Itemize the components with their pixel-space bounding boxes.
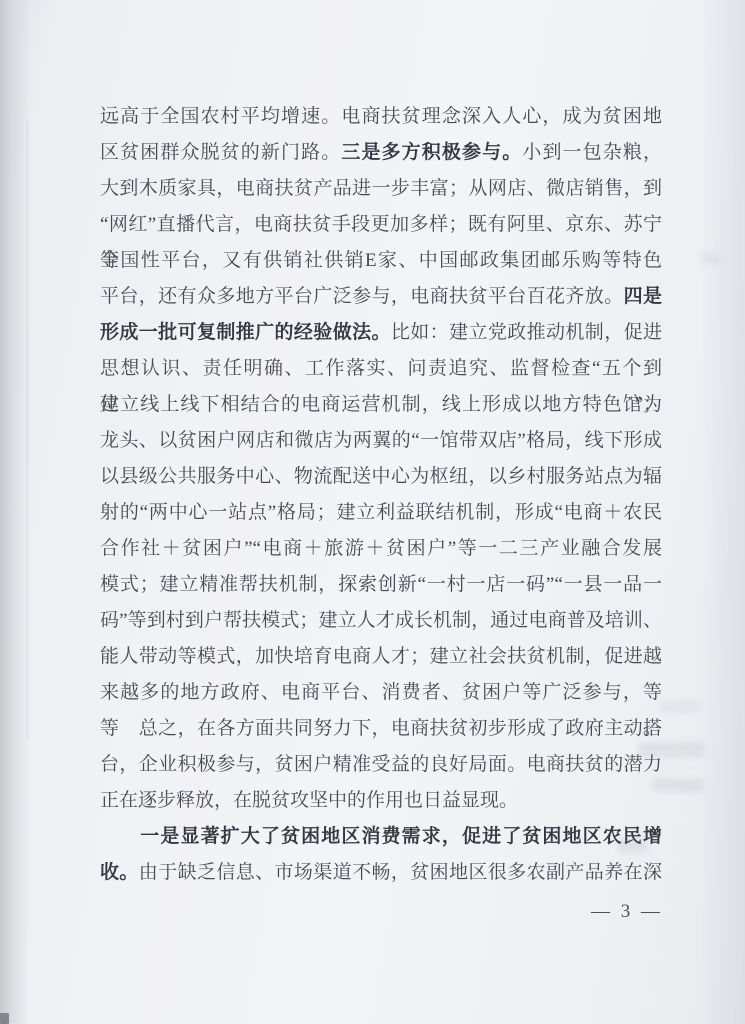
scan-speck	[0, 1013, 9, 1024]
text-segment: 平台，还有众多地方平台广泛参与，电商扶贫平台百花齐放。	[100, 286, 624, 307]
text-line: 一是显著扩大了贫困地区消费需求，促进了贫困地区农民增	[100, 819, 662, 855]
text-segment: 比如：建立党政推动机制，促进	[391, 322, 662, 343]
ink-bleed-mark	[660, 700, 700, 713]
text-line: 平台，还有众多地方平台广泛参与，电商扶贫平台百花齐放。四是	[100, 279, 662, 315]
text-line: 远高于全国农村平均增速。电商扶贫理念深入人心，成为贫困地	[100, 99, 662, 135]
text-line: 全国性平台，又有供销社供销E家、中国邮政集团邮乐购等特色	[100, 243, 662, 279]
text-line: 建立线上线下相结合的电商运营机制，线上形成以地方特色馆为	[100, 387, 662, 423]
text-segment: 全国性平台，又有供销社供销E家、中国邮政集团邮乐购等特色	[100, 250, 662, 271]
text-line: 合作社＋贫困户”“电商＋旅游＋贫困户”等一二三产业融合发展	[100, 531, 662, 567]
text-segment: 建立线上线下相结合的电商运营机制，线上形成以地方特色馆为	[100, 394, 662, 415]
text-line: 台，企业积极参与，贫困户精准受益的良好局面。电商扶贫的潜力	[100, 747, 662, 783]
page-number: — 3 —	[591, 898, 663, 926]
text-segment: 能人带动等模式，加快培育电商人才；建立社会扶贫机制，促进越	[100, 646, 662, 667]
bold-text-segment: 四是	[624, 286, 662, 307]
ink-bleed-mark	[700, 252, 722, 264]
bold-text-segment: 一是显著扩大了贫困地区消费需求，促进了贫困地区农民增	[140, 826, 662, 847]
text-segment: 台，企业积极参与，贫困户精准受益的良好局面。电商扶贫的潜力	[100, 754, 662, 775]
text-segment: 合作社＋贫困户”“电商＋旅游＋贫困户”等一二三产业融合发展	[100, 538, 662, 559]
text-line: 模式；建立精准帮扶机制，探索创新“一村一店一码”“一县一品一	[100, 567, 662, 603]
bold-text-segment: 收。	[100, 862, 139, 883]
text-line: 以县级公共服务中心、物流配送中心为枢纽，以乡村服务站点为辐	[100, 459, 662, 495]
text-line: 思想认识、责任明确、工作落实、问责追究、监督检查“五个到位”；	[100, 351, 662, 387]
text-line: 来越多的地方政府、电商平台、消费者、贫困户等广泛参与，等等。	[100, 675, 662, 711]
paper-fold-line	[27, 120, 28, 740]
bold-text-segment: 形成一批可复制推广的经验做法。	[100, 322, 391, 343]
text-line: 射的“两中心一站点”格局；建立利益联结机制，形成“电商＋农民	[100, 495, 662, 531]
text-segment	[100, 826, 140, 847]
text-segment: 射的“两中心一站点”格局；建立利益联结机制，形成“电商＋农民	[100, 502, 662, 523]
text-line: 大到木质家具，电商扶贫产品进一步丰富；从网店、微店销售，到	[100, 171, 662, 207]
text-line: 区贫困群众脱贫的新门路。三是多方积极参与。小到一包杂粮，	[100, 135, 662, 171]
text-segment: 以县级公共服务中心、物流配送中心为枢纽，以乡村服务站点为辐	[100, 466, 662, 487]
text-line: 龙头、以贫困户网店和微店为两翼的“一馆带双店”格局，线下形成	[100, 423, 662, 459]
scan-edge-shadow-left	[0, 0, 30, 1024]
text-segment: 码”等到村到户帮扶模式；建立人才成长机制，通过电商普及培训、	[100, 610, 662, 631]
text-line: 码”等到村到户帮扶模式；建立人才成长机制，通过电商普及培训、	[100, 603, 662, 639]
text-block: 远高于全国农村平均增速。电商扶贫理念深入人心，成为贫困地区贫困群众脱贫的新门路。…	[100, 99, 662, 891]
text-line: 能人带动等模式，加快培育电商人才；建立社会扶贫机制，促进越	[100, 639, 662, 675]
text-line: 形成一批可复制推广的经验做法。比如：建立党政推动机制，促进	[100, 315, 662, 351]
scan-edge-shadow-right	[700, 0, 745, 1024]
text-segment: 正在逐步释放，在脱贫攻坚中的作用也日益显现。	[100, 790, 518, 811]
text-line: 收。由于缺乏信息、市场渠道不畅，贫困地区很多农副产品养在深	[100, 855, 662, 891]
text-segment: 由于缺乏信息、市场渠道不畅，贫困地区很多农副产品养在深	[139, 862, 662, 883]
bold-text-segment: 三是多方积极参与。	[341, 142, 522, 163]
text-segment: 总之，在各方面共同努力下，电商扶贫初步形成了政府主动搭	[100, 718, 662, 739]
text-segment: 小到一包杂粮，	[522, 142, 662, 163]
text-line: “网红”直播代言，电商扶贫手段更加多样；既有阿里、京东、苏宁等	[100, 207, 662, 243]
text-line: 正在逐步释放，在脱贫攻坚中的作用也日益显现。	[100, 783, 662, 819]
text-segment: 大到木质家具，电商扶贫产品进一步丰富；从网店、微店销售，到	[100, 178, 662, 199]
document-page: 远高于全国农村平均增速。电商扶贫理念深入人心，成为贫困地区贫困群众脱贫的新门路。…	[0, 0, 745, 1024]
text-line: 总之，在各方面共同努力下，电商扶贫初步形成了政府主动搭	[100, 711, 662, 747]
text-segment: 远高于全国农村平均增速。电商扶贫理念深入人心，成为贫困地	[100, 106, 662, 127]
text-segment: 龙头、以贫困户网店和微店为两翼的“一馆带双店”格局，线下形成	[100, 430, 662, 451]
text-segment: 模式；建立精准帮扶机制，探索创新“一村一店一码”“一县一品一	[100, 574, 662, 595]
text-segment: 区贫困群众脱贫的新门路。	[100, 142, 341, 163]
